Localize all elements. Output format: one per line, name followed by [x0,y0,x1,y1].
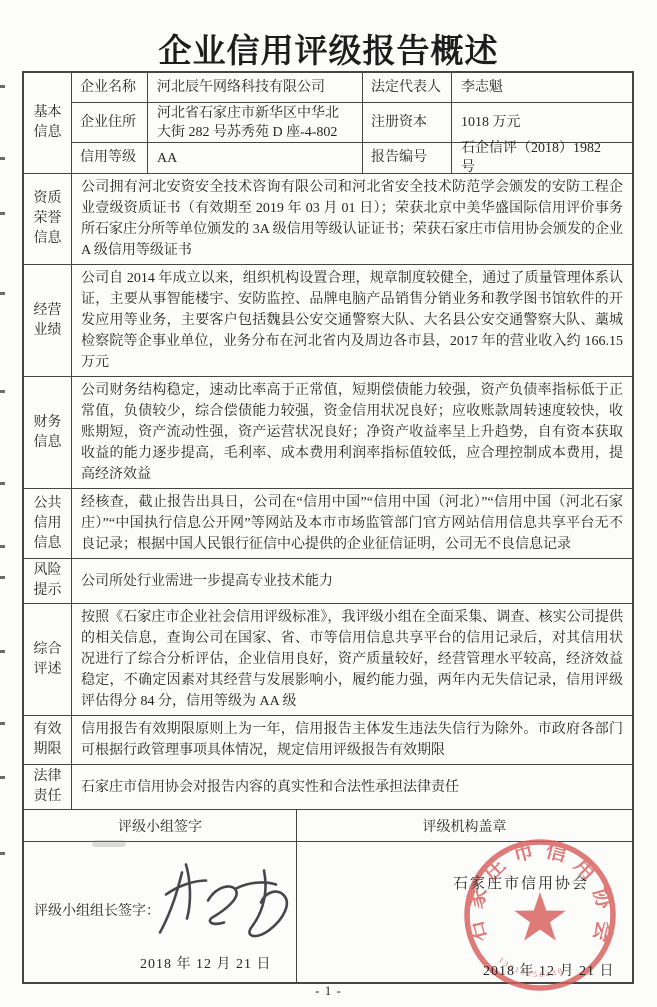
rating-org-name: 石家庄市信用协会 [453,872,589,893]
section-label: 法律责任 [24,765,72,809]
scan-artifact [0,776,5,779]
scan-artifact [0,212,5,215]
page-title: 企业信用评级报告概述 [0,25,657,72]
section-legal-liability: 法律责任 石家庄市信用协会对报告内容的真实性和合法性承担法律责任 [24,765,632,810]
field-value-registered-capital: 1018 万元 [452,103,632,143]
signature-date: 2018 年 12 月 21 日 [140,953,272,973]
scan-artifact [0,85,5,88]
scan-artifact [0,650,5,653]
section-label: 财务信息 [24,377,72,488]
leader-signature-label: 评级小组组长签字： [34,900,160,920]
section-label: 公共信用信息 [24,489,72,558]
section-label: 资质荣誉信息 [24,174,72,264]
sign-column-header: 评级小组签字 [24,810,297,841]
section-business-performance: 经营业绩 公司自 2014 年成立以来，组织机构设置合理，规章制度较健全，通过了… [24,265,632,377]
seal-date: 2018 年 12 月 21 日 [483,960,615,980]
field-label-company-address: 企业住所 [72,103,148,143]
field-label-registered-capital: 注册资本 [363,103,452,143]
scan-smudge [92,840,126,847]
field-value-company-name: 河北辰午网络科技有限公司 [148,73,363,103]
field-label-report-number: 报告编号 [363,143,452,173]
section-label: 综合评述 [24,604,72,715]
section-content: 公司自 2014 年成立以来，组织机构设置合理，规章制度较健全，通过了质量管理体… [72,265,632,376]
section-label-basic-info: 基本信息 [24,73,72,173]
handwritten-signature [152,856,302,951]
scan-artifact [0,292,5,295]
field-label-credit-grade: 信用等级 [72,143,148,173]
footer-body-row: 评级小组组长签字： 2018 年 12 月 21 日 石家庄市信用协会 [24,842,632,982]
field-value-company-address: 河北省石家庄市新华区中华北大街 282 号苏秀苑 D 座-4-802 [148,103,363,143]
section-content: 公司拥有河北安资安全技术咨询有限公司和河北省安全技术防范学会颁发的安防工程企业壹… [72,174,632,264]
scan-artifact [0,482,5,485]
section-content: 石家庄市信用协会对报告内容的真实性和合法性承担法律责任 [72,765,632,809]
section-qualification-honor: 资质荣誉信息 公司拥有河北安资安全技术咨询有限公司和河北省安全技术防范学会颁发的… [24,174,632,265]
scan-artifact [0,157,5,160]
section-content: 经核查，截止报告出具日，公司在“信用中国”“信用中国（河北）”“信用中国（河北石… [72,489,632,558]
section-label: 经营业绩 [24,265,72,376]
section-label: 风险提示 [24,559,72,603]
section-validity-period: 有效期限 信用报告有效期限原则上为一年，信用报告主体发生违法失信行为除外。市政府… [24,716,632,765]
section-risk-notice: 风险提示 公司所处行业需进一步提高专业技术能力 [24,559,632,604]
section-overall-review: 综合评述 按照《石家庄市企业社会信用评级标准》，我评级小组在全面采集、调查、核实… [24,604,632,716]
field-value-legal-representative: 李志魁 [452,73,632,103]
scan-artifact [0,390,5,393]
section-content: 公司财务结构稳定，速动比率高于正常值，短期偿债能力较强，资产负债率指标低于正常值… [72,377,632,488]
basic-info-block: 基本信息 企业名称 河北辰午网络科技有限公司 法定代表人 李志魁 企业住所 河北… [24,73,632,174]
report-table: 基本信息 企业名称 河北辰午网络科技有限公司 法定代表人 李志魁 企业住所 河北… [22,71,634,984]
star-icon [514,892,565,941]
field-value-report-number: 石企信评（2018）1982 号 [452,143,632,173]
scan-artifact [0,852,5,855]
section-content: 信用报告有效期限原则上为一年，信用报告主体发生违法失信行为除外。市政府各部门可根… [72,716,632,764]
field-label-legal-representative: 法定代表人 [363,73,452,103]
section-financial-info: 财务信息 公司财务结构稳定，速动比率高于正常值，短期偿债能力较强，资产负债率指标… [24,377,632,489]
scan-artifact [0,545,5,548]
field-label-company-name: 企业名称 [72,73,148,103]
scan-artifact [0,722,5,725]
section-content: 公司所处行业需进一步提高专业技术能力 [72,559,632,603]
section-public-credit-info: 公共信用信息 经核查，截止报告出具日，公司在“信用中国”“信用中国（河北）”“信… [24,489,632,559]
section-content: 按照《石家庄市企业社会信用评级标准》，我评级小组在全面采集、调查、核实公司提供的… [72,604,632,715]
field-value-credit-grade: AA [148,143,363,173]
seal-cell: 石家庄市信用协会 石家庄市信用协会 13010250430 2018 年 12 … [297,842,632,982]
scan-artifact [0,576,5,579]
signature-cell: 评级小组组长签字： 2018 年 12 月 21 日 [24,842,297,982]
section-label: 有效期限 [24,716,72,764]
